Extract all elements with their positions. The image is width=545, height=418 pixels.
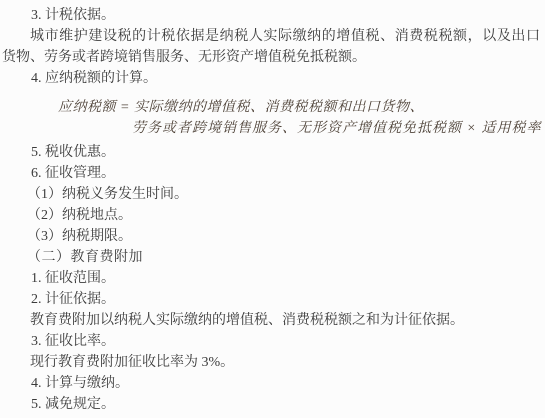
list-item: （2）纳税地点。 xyxy=(2,205,540,226)
paragraph-line: 货物、劳务或者跨境销售服务、无形资产增值税免抵税额。 xyxy=(2,47,540,68)
paragraph-line: 城市维护建设税的计税依据是纳税人实际缴纳的增值税、消费税税额，以及出口 xyxy=(2,26,540,47)
list-item: （3）纳税期限。 xyxy=(2,226,540,247)
formula-line: 应纳税额 = 实际缴纳的增值税、消费税税额和出口货物、 xyxy=(2,97,540,118)
paragraph-line: 现行教育费附加征收比率为 3%。 xyxy=(2,352,540,373)
list-item: 4. 应纳税额的计算。 xyxy=(2,68,540,89)
formula-line: 劳务或者跨境销售服务、无形资产增值税免抵税额 × 适用税率 xyxy=(2,118,540,139)
list-item: 3. 征收比率。 xyxy=(2,331,540,352)
list-item: 2. 计征依据。 xyxy=(2,289,540,310)
list-item: 4. 计算与缴纳。 xyxy=(2,373,540,394)
list-item: 6. 征收管理。 xyxy=(2,163,540,184)
list-item: （1）纳税义务发生时间。 xyxy=(2,184,540,205)
list-item: 1. 征收范围。 xyxy=(2,268,540,289)
list-item: 5. 税收优惠。 xyxy=(2,142,540,163)
paragraph-line: 教育费附加以纳税人实际缴纳的增值税、消费税税额之和为计征依据。 xyxy=(2,310,540,331)
list-item: 3. 计税依据。 xyxy=(2,5,540,26)
list-item: 5. 减免规定。 xyxy=(2,394,540,415)
section-heading: （二）教育费附加 xyxy=(2,247,540,268)
document-page: 3. 计税依据。 城市维护建设税的计税依据是纳税人实际缴纳的增值税、消费税税额，… xyxy=(0,0,545,418)
